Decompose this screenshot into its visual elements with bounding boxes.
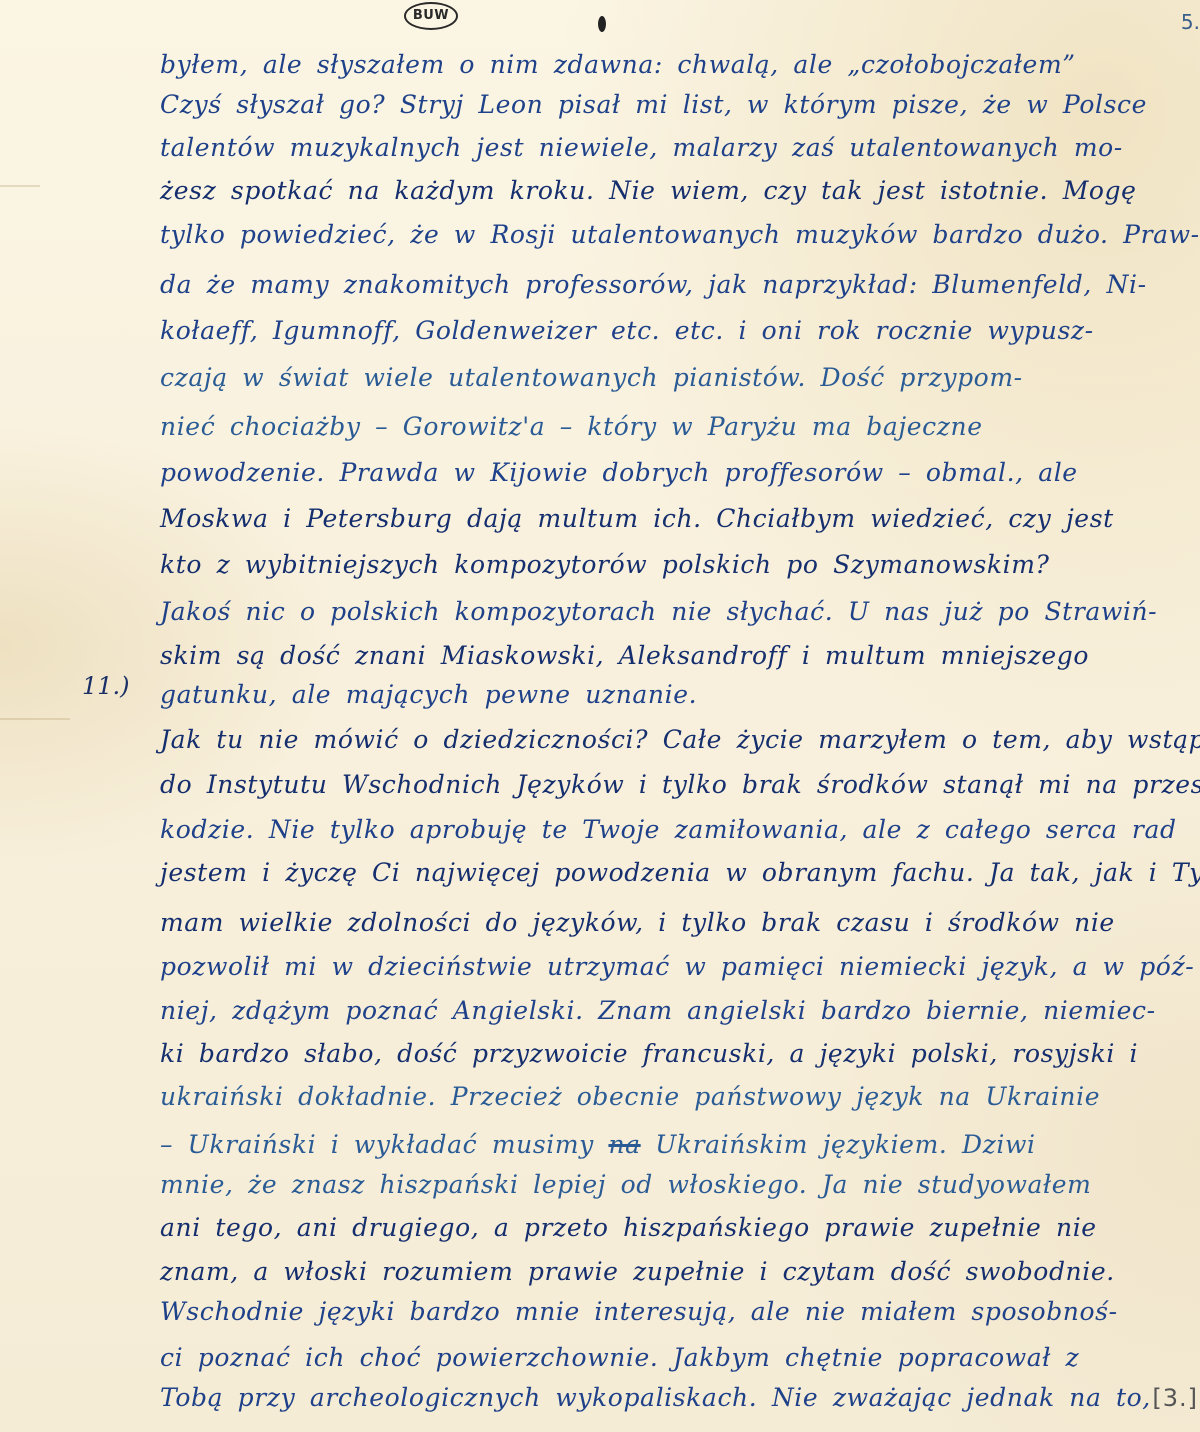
letter-page: BUW 5. 11.) byłem, ale słyszałem o nim z…	[0, 0, 1200, 1432]
letter-line: Jakoś nic o polskich kompozytorach nie s…	[160, 597, 1157, 626]
letter-line: tylko powiedzieć, że w Rosji utalentowan…	[160, 220, 1200, 249]
letter-line: powodzenie. Prawda w Kijowie dobrych pro…	[160, 458, 1078, 487]
letter-line: mam wielkie zdolności do języków, i tylk…	[160, 908, 1115, 937]
archive-reference: [3.]	[1152, 1384, 1198, 1412]
library-stamp: BUW	[404, 2, 458, 30]
letter-line: skim są dość znani Miaskowski, Aleksandr…	[160, 641, 1089, 670]
letter-line: ukraiński dokładnie. Przecież obecnie pa…	[160, 1082, 1100, 1111]
letter-line: nieć chociażby – Gorowitz'a – który w Pa…	[160, 412, 983, 441]
letter-line: znam, a włoski rozumiem prawie zupełnie …	[160, 1257, 1115, 1286]
letter-line: byłem, ale słyszałem o nim zdawna: chwal…	[160, 50, 1076, 79]
letter-line: mnie, że znasz hiszpański lepiej od włos…	[160, 1170, 1091, 1199]
letter-line: kołaeff, Igumnoff, Goldenweizer etc. etc…	[160, 316, 1094, 345]
letter-line: do Instytutu Wschodnich Języków i tylko …	[160, 770, 1200, 799]
letter-line: Czyś słyszał go? Stryj Leon pisał mi lis…	[160, 90, 1147, 119]
section-marker: 11.)	[82, 672, 130, 700]
letter-line: Tobą przy archeologicznych wykopaliskach…	[160, 1383, 1151, 1412]
letter-line: – Ukraiński i wykładać musimy na Ukraińs…	[160, 1130, 1036, 1159]
paper-crease	[0, 718, 70, 720]
page-number: 5.	[1181, 10, 1200, 34]
letter-line: talentów muzykalnych jest niewiele, mala…	[160, 133, 1123, 162]
letter-line: da że mamy znakomitych professorów, jak …	[160, 270, 1147, 299]
letter-line: kodzie. Nie tylko aprobuję te Twoje zami…	[160, 815, 1177, 844]
letter-line: pozwolił mi w dzieciństwie utrzymać w pa…	[160, 952, 1194, 981]
letter-line: kto z wybitniejszych kompozytorów polski…	[160, 550, 1050, 579]
letter-line: niej, zdążym poznać Angielski. Znam angi…	[160, 996, 1156, 1025]
struck-word: na	[608, 1130, 640, 1159]
line-text-before-strike: – Ukraiński i wykładać musimy	[160, 1130, 608, 1159]
letter-line: żesz spotkać na każdym kroku. Nie wiem, …	[160, 176, 1137, 205]
letter-line: ki bardzo słabo, dość przyzwoicie francu…	[160, 1039, 1138, 1068]
letter-line: gatunku, ale mających pewne uznanie.	[160, 680, 697, 709]
line-text-after-strike: Ukraińskim językiem. Dziwi	[641, 1130, 1036, 1159]
letter-line: Moskwa i Petersburg dają multum ich. Chc…	[160, 504, 1114, 533]
letter-line: Wschodnie języki bardzo mnie interesują,…	[160, 1297, 1118, 1326]
letter-line: jestem i życzę Ci najwięcej powodzenia w…	[160, 858, 1200, 887]
paper-crease	[0, 185, 40, 187]
letter-line: ci poznać ich choć powierzchownie. Jakby…	[160, 1343, 1079, 1372]
letter-line: Jak tu nie mówić o dziedziczności? Całe …	[160, 725, 1200, 754]
ink-blot	[598, 16, 606, 32]
letter-line: ani tego, ani drugiego, a przeto hiszpań…	[160, 1213, 1097, 1242]
letter-line: czają w świat wiele utalentowanych piani…	[160, 363, 1023, 392]
